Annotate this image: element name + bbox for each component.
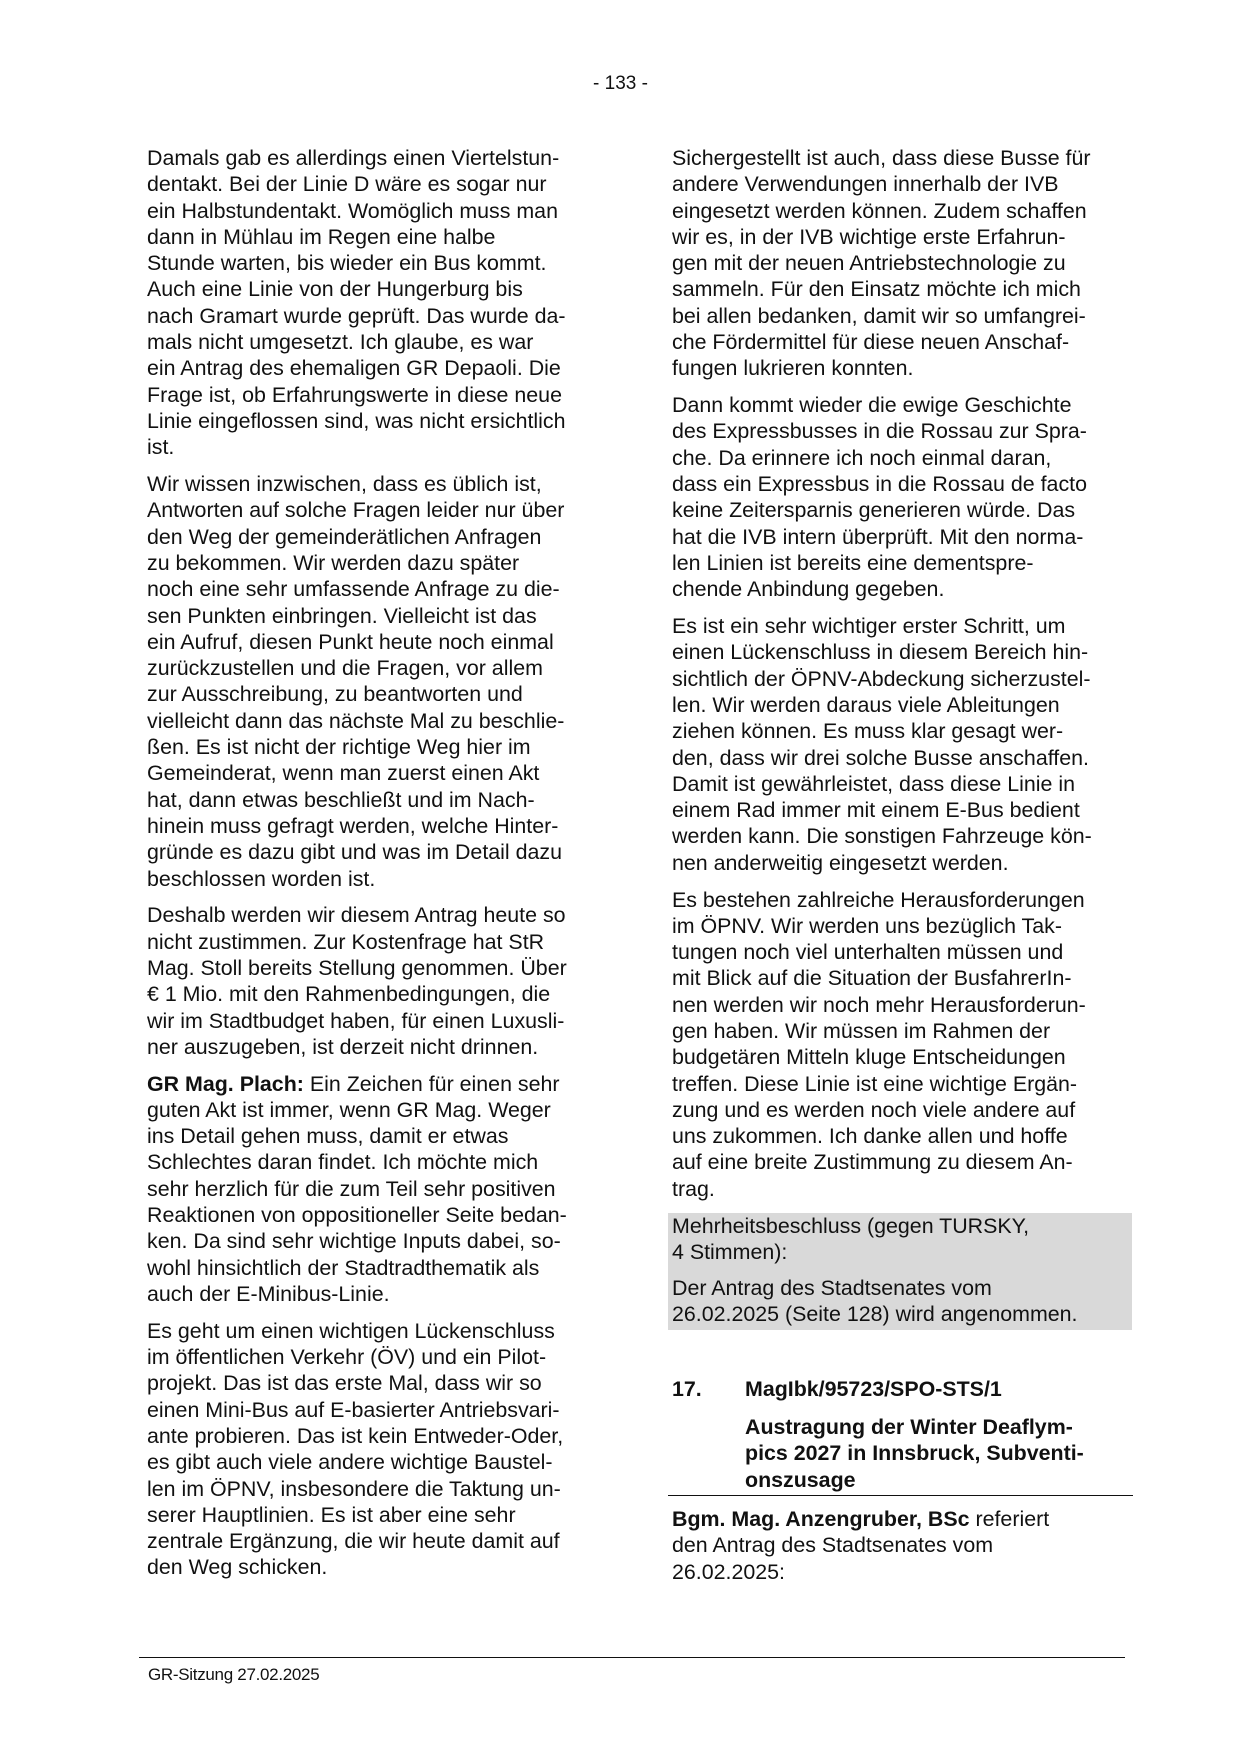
paragraph: Damals gab es allerdings einen Viertelst…	[147, 145, 609, 461]
decision-text: Der Antrag des Stadtsenates vom 26.02.20…	[672, 1275, 1127, 1328]
paragraph: Es geht um einen wichtigen Lückenschluss…	[147, 1318, 609, 1581]
speaker-name: GR Mag. Plach:	[147, 1072, 304, 1096]
speech-paragraph: GR Mag. Plach: Ein Zeichen für einen seh…	[147, 1071, 609, 1308]
agenda-reference: MagIbk/95723/SPO-STS/1	[745, 1376, 1134, 1402]
paragraph: Sichergestellt ist auch, dass diese Buss…	[672, 145, 1134, 382]
paragraph: Deshalb werden wir diesem Antrag heute s…	[147, 902, 609, 1060]
decision-box: Mehrheitsbeschluss (gegen TURSKY, 4 Stim…	[668, 1213, 1132, 1330]
paragraph: Es bestehen zahlreiche Herausforderungen…	[672, 887, 1134, 1203]
reporter-name: Bgm. Mag. Anzengruber, BSc	[672, 1507, 970, 1531]
report-paragraph: Bgm. Mag. Anzengruber, BSc referiert den…	[672, 1506, 1134, 1585]
left-column: Damals gab es allerdings einen Viertelst…	[147, 145, 609, 1591]
agenda-divider	[668, 1495, 1133, 1496]
paragraph: Dann kommt wieder die ewige Geschichte d…	[672, 392, 1134, 602]
agenda-title: Austragung der Winter Deaflym- pics 2027…	[745, 1414, 1134, 1493]
paragraph: Es ist ein sehr wichtiger erster Schritt…	[672, 613, 1134, 876]
page-number: - 133 -	[0, 72, 1241, 96]
agenda-number: 17.	[672, 1376, 745, 1402]
speech-text: Ein Zeichen für einen sehr guten Akt ist…	[147, 1072, 567, 1306]
agenda-item: 17. MagIbk/95723/SPO-STS/1 Austragung de…	[672, 1376, 1134, 1493]
right-column: Sichergestellt ist auch, dass diese Buss…	[672, 145, 1134, 1595]
decision-heading: Mehrheitsbeschluss (gegen TURSKY, 4 Stim…	[672, 1213, 1127, 1266]
footer-text: GR-Sitzung 27.02.2025	[148, 1664, 319, 1686]
paragraph: Wir wissen inzwischen, dass es üblich is…	[147, 471, 609, 892]
footer-divider	[139, 1657, 1125, 1658]
